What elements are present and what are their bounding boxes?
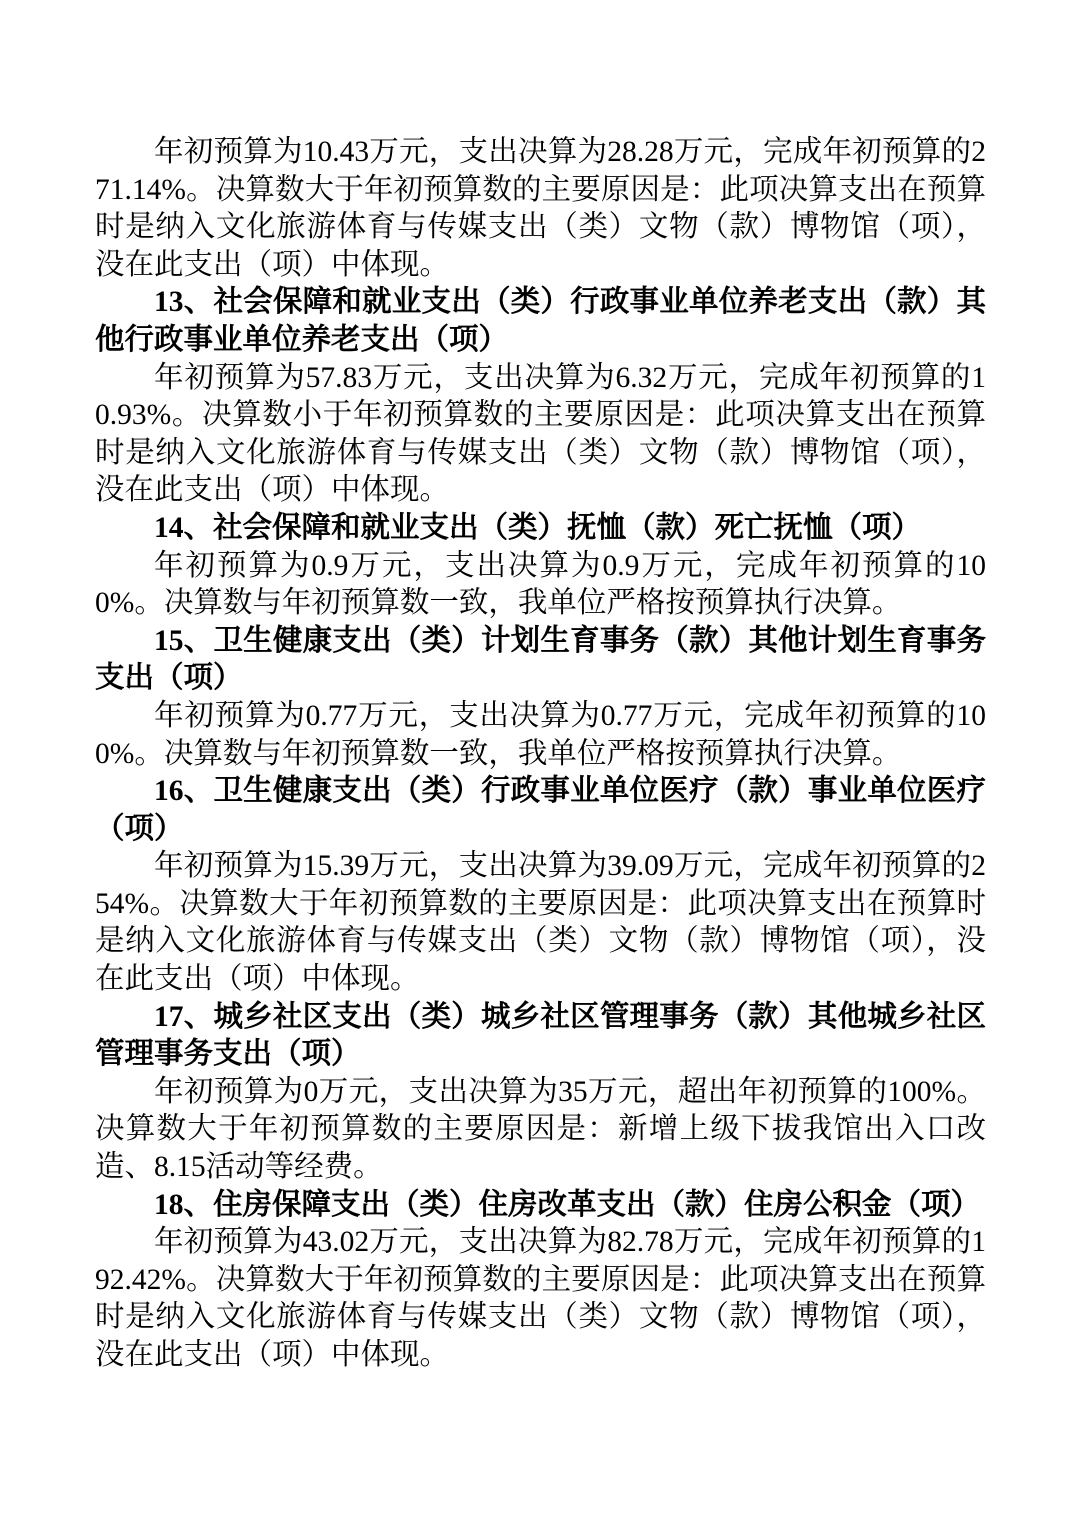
paragraph-item-17: 年初预算为0万元，支出决算为35万元，超出年初预算的100%。决算数大于年初预算… <box>95 1074 986 1187</box>
paragraph-item-13: 年初预算为57.83万元，支出决算为6.32万元，完成年初预算的10.93%。决… <box>95 360 986 510</box>
paragraph-item-16: 年初预算为15.39万元，支出决算为39.09万元，完成年初预算的254%。决算… <box>95 848 986 998</box>
continuation-paragraph-item-12: 年初预算为10.43万元，支出决算为28.28万元，完成年初预算的271.14%… <box>95 134 986 284</box>
paragraph-item-14: 年初预算为0.9万元，支出决算为0.9万元，完成年初预算的100%。决算数与年初… <box>95 548 986 623</box>
paragraph-item-18: 年初预算为43.02万元，支出决算为82.78万元，完成年初预算的192.42%… <box>95 1224 986 1374</box>
document-page: 年初预算为10.43万元，支出决算为28.28万元，完成年初预算的271.14%… <box>0 0 1074 1520</box>
heading-item-16: 16、卫生健康支出（类）行政事业单位医疗（款）事业单位医疗（项） <box>95 773 986 848</box>
heading-item-17: 17、城乡社区支出（类）城乡社区管理事务（款）其他城乡社区管理事务支出（项） <box>95 999 986 1074</box>
heading-item-15: 15、卫生健康支出（类）计划生育事务（款）其他计划生育事务支出（项） <box>95 623 986 698</box>
heading-item-14: 14、社会保障和就业支出（类）抚恤（款）死亡抚恤（项） <box>95 510 986 548</box>
heading-item-13: 13、社会保障和就业支出（类）行政事业单位养老支出（款）其他行政事业单位养老支出… <box>95 284 986 359</box>
heading-item-18: 18、住房保障支出（类）住房改革支出（款）住房公积金（项） <box>95 1187 986 1225</box>
paragraph-item-15: 年初预算为0.77万元，支出决算为0.77万元，完成年初预算的100%。决算数与… <box>95 698 986 773</box>
